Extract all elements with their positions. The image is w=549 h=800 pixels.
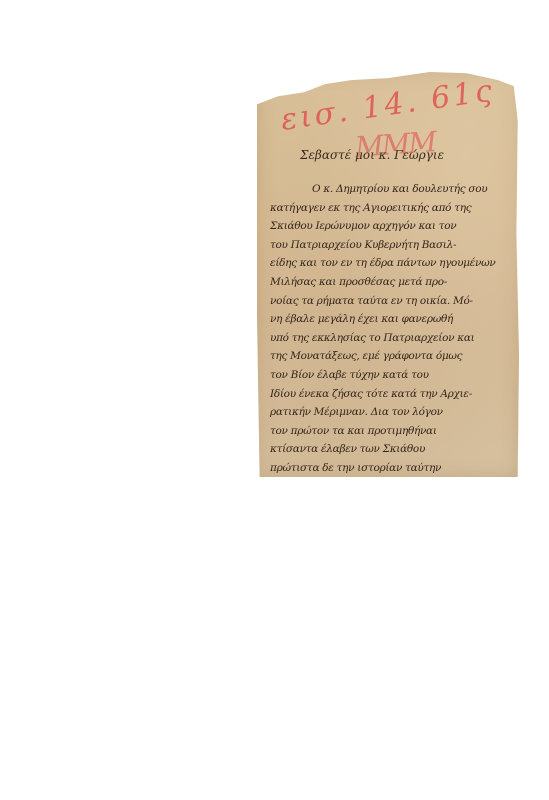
letter-line: του Πατριαρχείου Κυβερνήτη Βασιλ- bbox=[270, 236, 515, 255]
letter-line: τον Βίον έλαβε τύχην κατά του bbox=[270, 366, 515, 385]
letter-body: Ο κ. Δημητρίου και δουλευτής σου κατήγαγ… bbox=[270, 180, 515, 478]
letter-line: Σκιάθου Ιερώνυμον αρχηγόν και τον bbox=[270, 217, 515, 236]
letter-line: της Μονατάξεως, εμέ γράφοντα όμως bbox=[270, 347, 515, 366]
letter-line: τον πρώτον τα και προτιμηθήναι bbox=[270, 422, 515, 441]
letter-greeting: Σεβαστέ μοι κ. Γεώργιε bbox=[300, 148, 444, 162]
letter-line: ρατικήν Μέριμναν. Δια τον λόγον bbox=[270, 403, 515, 422]
letter-line: κατήγαγεν εκ της Αγιορειτικής από της bbox=[270, 199, 515, 218]
letter-line: κτίσαντα έλαβεν των Σκιάθου bbox=[270, 440, 515, 459]
letter-line: είδης και τον εν τη έδρα πάντων ηγουμένω… bbox=[270, 254, 515, 273]
letter-line: Ιδίου ένεκα ζήσας τότε κατά την Αρχιε- bbox=[270, 385, 515, 404]
letter-line: Μιλήσας και προσθέσας μετά προ- bbox=[270, 273, 515, 292]
scanned-page: εισ. 14. 61ς ΜΜΜ Σεβαστέ μοι κ. Γεώργιε … bbox=[0, 0, 549, 800]
letter-line: νοίας τα ρήματα ταύτα εν τη οικία. Μό- bbox=[270, 292, 515, 311]
letter-line: Ο κ. Δημητρίου και δουλευτής σου bbox=[270, 180, 515, 199]
letter-line: υπό της εκκλησίας το Πατριαρχείον και bbox=[270, 329, 515, 348]
letter-line: πρώτιστα δε την ιστορίαν ταύτην bbox=[270, 459, 515, 478]
letter-line: νη έβαλε μεγάλη έχει και φανερωθή bbox=[270, 310, 515, 329]
